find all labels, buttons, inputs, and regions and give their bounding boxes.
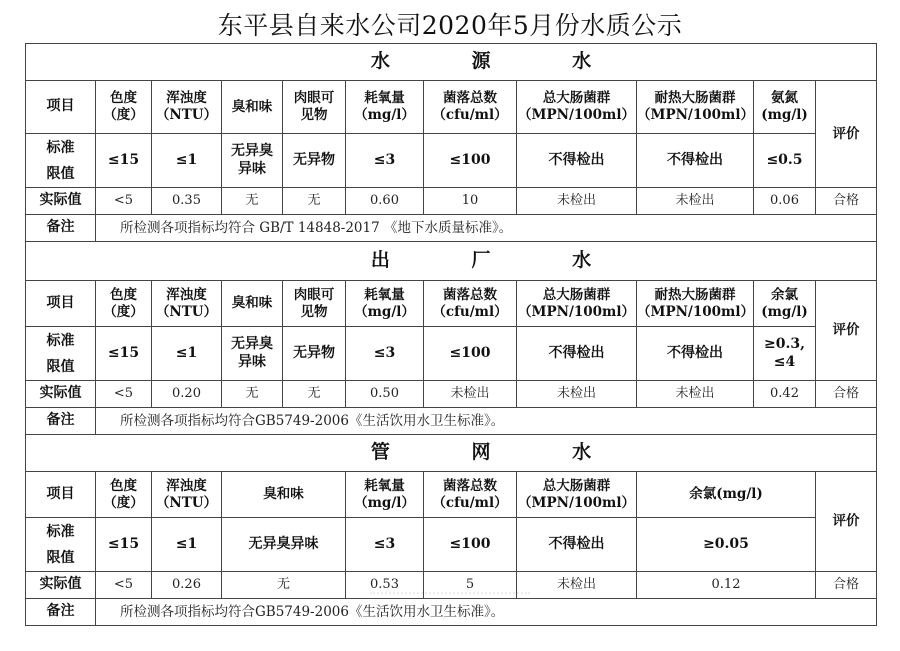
standard-value: ≤3 [346,518,424,572]
evaluation-value: 合格 [816,188,877,215]
standard-row: 标准限值 ≤15 ≤1 无异臭异味 无异物 ≤3 ≤100 不得检出 不得检出 … [26,327,877,381]
item-label: 项目 [26,81,96,134]
section-header-source-water: 水 源 水 [26,44,877,81]
note-text: 所检测各项指标均符合 GB/T 14848-2017 《地下水质量标准》。 [96,215,877,242]
item-label: 项目 [26,472,96,518]
section-heading-char: 水 [535,50,629,74]
watermark [370,592,530,598]
standard-value: ≤0.5 [754,134,816,188]
standard-value: 无异臭异味 [222,327,283,381]
standard-value: ≤100 [424,518,517,572]
actual-row: 实际值 <5 0.20 无 无 0.50 未检出 未检出 未检出 0.42 合格 [26,381,877,408]
actual-value: 0.35 [152,188,222,215]
actual-value: <5 [96,188,152,215]
section-heading-char: 管 [333,441,427,465]
section-heading-char: 水 [535,249,629,273]
header-row: 项目 色度（度） 浑浊度（NTU） 臭和味 肉眼可见物 耗氧量（mg/l） 菌落… [26,81,877,134]
section-header-finished-water: 出 厂 水 [26,242,877,281]
column-header-total-coliform: 总大肠菌群（MPN/100ml） [517,472,637,518]
standard-value: ≤15 [96,327,152,381]
column-header-total-coliform: 总大肠菌群（MPN/100ml） [517,281,637,327]
standard-value: ≤3 [346,327,424,381]
header-row: 项目 色度（度） 浑浊度（NTU） 臭和味 肉眼可见物 耗氧量（mg/l） 菌落… [26,281,877,327]
note-row: 备注 所检测各项指标均符合 GB/T 14848-2017 《地下水质量标准》。 [26,215,877,242]
standard-value: 不得检出 [517,134,637,188]
column-header-colony-count: 菌落总数（cfu/ml） [424,472,517,518]
standard-label: 标准限值 [26,327,96,381]
standard-value: ≤3 [346,134,424,188]
section-heading-char: 水 [333,50,427,74]
standard-value: ≤100 [424,327,517,381]
actual-value: 无 [283,381,346,408]
standard-value: 无异物 [283,327,346,381]
note-text: 所检测各项指标均符合GB5749-2006《生活饮用水卫生标准》。 [96,408,877,435]
note-row: 备注 所检测各项指标均符合GB5749-2006《生活饮用水卫生标准》。 [26,599,877,626]
actual-row: 实际值 <5 0.35 无 无 0.60 10 未检出 未检出 0.06 合格 [26,188,877,215]
water-quality-table: 水 源 水 项目 色度（度） 浑浊度（NTU） 臭和味 肉眼可见物 耗氧量（mg… [25,43,877,626]
standard-value: ≤1 [152,134,222,188]
actual-value: 未检出 [637,381,754,408]
section-heading-char: 厂 [434,249,528,273]
column-header-oxygen-consumption: 耗氧量（mg/l） [346,472,424,518]
column-header-odor: 臭和味 [222,281,283,327]
actual-value: <5 [96,572,152,599]
actual-value: 未检出 [517,572,637,599]
section-heading-char: 源 [434,50,528,74]
column-header-colony-count: 菌落总数（cfu/ml） [424,281,517,327]
standard-value: ≥0.3,≤4 [754,327,816,381]
column-header-turbidity: 浑浊度（NTU） [152,281,222,327]
actual-label: 实际值 [26,381,96,408]
column-header-ammonia-nitrogen: 氨氮(mg/l) [754,81,816,134]
column-header-color: 色度（度） [96,81,152,134]
section-header-network-water: 管 网 水 [26,435,877,472]
evaluation-label: 评价 [816,281,877,381]
section-heading-char: 水 [535,441,629,465]
column-header-visible-matter: 肉眼可见物 [283,281,346,327]
standard-value: ≤100 [424,134,517,188]
column-header-colony-count: 菌落总数（cfu/ml） [424,81,517,134]
actual-value: 0.20 [152,381,222,408]
note-label: 备注 [26,599,96,626]
note-row: 备注 所检测各项指标均符合GB5749-2006《生活饮用水卫生标准》。 [26,408,877,435]
note-text: 所检测各项指标均符合GB5749-2006《生活饮用水卫生标准》。 [96,599,877,626]
standard-value: 不得检出 [517,327,637,381]
column-header-thermotolerant-coliform: 耐热大肠菌群（MPN/100ml） [637,281,754,327]
item-label: 项目 [26,281,96,327]
column-header-color: 色度（度） [96,472,152,518]
standard-row: 标准限值 ≤15 ≤1 无异臭异味 无异物 ≤3 ≤100 不得检出 不得检出 … [26,134,877,188]
standard-value: ≥0.05 [637,518,816,572]
standard-value: 无异臭异味 [222,134,283,188]
standard-value: 不得检出 [637,134,754,188]
standard-value: ≤15 [96,134,152,188]
evaluation-value: 合格 [816,572,877,599]
actual-value: 0.06 [754,188,816,215]
actual-value: 未检出 [637,188,754,215]
header-row: 项目 色度（度） 浑浊度（NTU） 臭和味 耗氧量（mg/l） 菌落总数（cfu… [26,472,877,518]
standard-label: 标准限值 [26,518,96,572]
actual-value: <5 [96,381,152,408]
evaluation-label: 评价 [816,472,877,572]
actual-value: 未检出 [517,381,637,408]
actual-value: 未检出 [424,381,517,408]
evaluation-label: 评价 [816,81,877,188]
column-header-visible-matter: 肉眼可见物 [283,81,346,134]
actual-value: 无 [222,572,346,599]
column-header-residual-chlorine: 余氯(mg/l) [754,281,816,327]
actual-value: 10 [424,188,517,215]
standard-value: 不得检出 [517,518,637,572]
note-label: 备注 [26,215,96,242]
evaluation-value: 合格 [816,381,877,408]
column-header-residual-chlorine: 余氯(mg/l) [637,472,816,518]
actual-value: 未检出 [517,188,637,215]
actual-label: 实际值 [26,188,96,215]
standard-row: 标准限值 ≤15 ≤1 无异臭异味 ≤3 ≤100 不得检出 ≥0.05 [26,518,877,572]
standard-value: 不得检出 [637,327,754,381]
actual-value: 无 [283,188,346,215]
actual-value: 0.42 [754,381,816,408]
actual-value: 0.26 [152,572,222,599]
column-header-turbidity: 浑浊度（NTU） [152,472,222,518]
actual-value: 0.12 [637,572,816,599]
actual-value: 0.50 [346,381,424,408]
column-header-oxygen-consumption: 耗氧量（mg/l） [346,81,424,134]
column-header-turbidity: 浑浊度（NTU） [152,81,222,134]
standard-value: ≤1 [152,327,222,381]
column-header-odor: 臭和味 [222,472,346,518]
actual-label: 实际值 [26,572,96,599]
actual-value: 无 [222,188,283,215]
page-title: 东平县自来水公司2020年5月份水质公示 [0,6,900,42]
standard-value: ≤1 [152,518,222,572]
section-heading-char: 网 [434,441,528,465]
column-header-total-coliform: 总大肠菌群（MPN/100ml） [517,81,637,134]
actual-value: 无 [222,381,283,408]
column-header-color: 色度（度） [96,281,152,327]
standard-value: 无异物 [283,134,346,188]
section-heading-char: 出 [333,249,427,273]
column-header-oxygen-consumption: 耗氧量（mg/l） [346,281,424,327]
standard-value: ≤15 [96,518,152,572]
column-header-odor: 臭和味 [222,81,283,134]
standard-label: 标准限值 [26,134,96,188]
note-label: 备注 [26,408,96,435]
actual-value: 0.60 [346,188,424,215]
standard-value: 无异臭异味 [222,518,346,572]
column-header-thermotolerant-coliform: 耐热大肠菌群（MPN/100ml） [637,81,754,134]
